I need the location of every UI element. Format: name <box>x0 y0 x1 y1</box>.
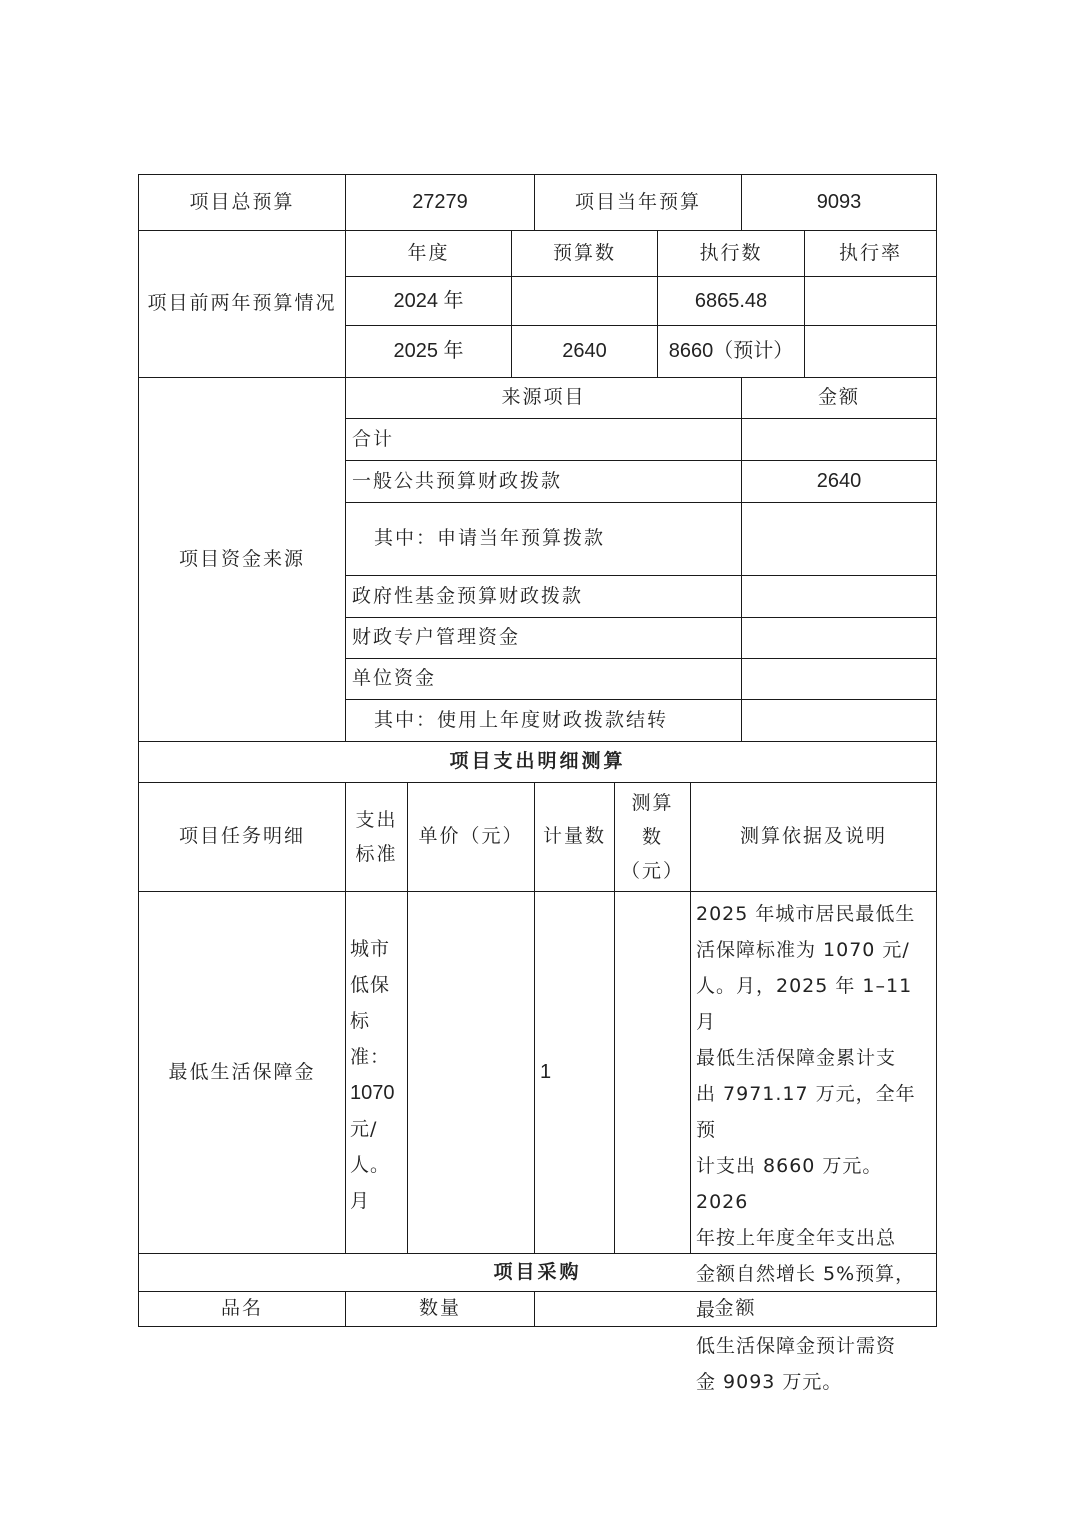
expense-header-basis: 测算依据及说明 <box>690 782 937 892</box>
standard-line: 城市 <box>350 931 390 967</box>
prior-year-2024-year: 2024 年 <box>345 276 512 326</box>
basis-line: 低生活保障金预计需资 <box>696 1328 896 1364</box>
prior-years-label: 项目前两年预算情况 <box>138 230 346 378</box>
expense-row-standard: 城市 低保 标 准： 1070 元/ 人。 月 <box>345 891 408 1254</box>
expense-row-unit-price <box>407 891 535 1254</box>
basis-line: 出 7971.17 万元，全年预 <box>696 1076 934 1148</box>
expense-header-task: 项目任务明细 <box>138 782 346 892</box>
procurement-title: 项目采购 <box>138 1253 937 1292</box>
standard-line: 人。 <box>350 1147 390 1183</box>
basis-line: 最低生活保障金累计支 <box>696 1040 896 1076</box>
expense-row-amount <box>614 891 691 1254</box>
expense-detail-title: 项目支出明细测算 <box>138 741 937 783</box>
prior-year-2025-executed: 8660（预计） <box>657 325 805 378</box>
procurement-header-amount: 金额 <box>534 1291 937 1327</box>
expense-row-task: 最低生活保障金 <box>138 891 346 1254</box>
standard-line: 低保 <box>350 967 390 1003</box>
funding-row-special-account-amount <box>741 617 937 659</box>
funding-row-general-public-item: 一般公共预算财政拨款 <box>345 460 742 503</box>
funding-row-special-account-item: 财政专户管理资金 <box>345 617 742 659</box>
standard-line: 月 <box>350 1183 370 1219</box>
expense-header-unit-price: 单价（元） <box>407 782 535 892</box>
funding-row-current-year-item: 其中：申请当年预算拨款 <box>345 502 742 576</box>
funding-row-current-year-amount <box>741 502 937 576</box>
current-year-budget-label: 项目当年预算 <box>534 174 742 231</box>
prior-years-header-rate: 执行率 <box>804 230 937 277</box>
prior-years-header-budget: 预算数 <box>511 230 658 277</box>
basis-line: 活保障标准为 1070 元/ <box>696 932 910 968</box>
standard-line: 准： <box>350 1039 390 1075</box>
standard-line: 元/ <box>350 1111 377 1147</box>
prior-year-2024-budget <box>511 276 658 326</box>
prior-years-header-executed: 执行数 <box>657 230 805 277</box>
funding-row-carryover-amount <box>741 699 937 742</box>
expense-header-quantity: 计量数 <box>534 782 615 892</box>
total-budget-label: 项目总预算 <box>138 174 346 231</box>
funding-row-general-public-amount: 2640 <box>741 460 937 503</box>
prior-year-2024-executed: 6865.48 <box>657 276 805 326</box>
budget-form-page: 项目总预算 27279 项目当年预算 9093 项目前两年预算情况 年度 预算数… <box>0 0 1074 1520</box>
procurement-header-name: 品名 <box>138 1291 346 1327</box>
prior-year-2025-year: 2025 年 <box>345 325 512 378</box>
basis-line: 年按上年度全年支出总 <box>696 1220 896 1256</box>
funding-header-item: 来源项目 <box>345 377 742 419</box>
prior-year-2025-budget: 2640 <box>511 325 658 378</box>
prior-year-2025-rate <box>804 325 937 378</box>
procurement-header-quantity: 数量 <box>345 1291 535 1327</box>
expense-row-quantity: 1 <box>534 891 615 1254</box>
basis-line: 2025 年城市居民最低生 <box>696 896 915 932</box>
funding-sources-label: 项目资金来源 <box>138 377 346 742</box>
expense-header-standard: 支出 标准 <box>345 782 408 892</box>
basis-line: 人。月，2025 年 1–11 月 <box>696 968 934 1040</box>
funding-row-unit-funds-item: 单位资金 <box>345 658 742 700</box>
basis-line: 计支出 8660 万元。2026 <box>696 1148 934 1220</box>
expense-header-amount: 测算 数 （元） <box>614 782 691 892</box>
prior-years-header-year: 年度 <box>345 230 512 277</box>
funding-row-gov-fund-item: 政府性基金预算财政拨款 <box>345 575 742 618</box>
funding-row-unit-funds-amount <box>741 658 937 700</box>
funding-row-gov-fund-amount <box>741 575 937 618</box>
current-year-budget-value: 9093 <box>741 174 937 231</box>
expense-row-basis: 2025 年城市居民最低生 活保障标准为 1070 元/ 人。月，2025 年 … <box>690 891 937 1254</box>
total-budget-value: 27279 <box>345 174 535 231</box>
standard-line: 1070 <box>350 1075 395 1111</box>
standard-line: 标 <box>350 1003 370 1039</box>
prior-year-2024-rate <box>804 276 937 326</box>
funding-row-total-amount <box>741 418 937 461</box>
funding-row-carryover-item: 其中：使用上年度财政拨款结转 <box>345 699 742 742</box>
basis-line: 金 9093 万元。 <box>696 1364 842 1400</box>
funding-header-amount: 金额 <box>741 377 937 419</box>
funding-row-total-item: 合计 <box>345 418 742 461</box>
